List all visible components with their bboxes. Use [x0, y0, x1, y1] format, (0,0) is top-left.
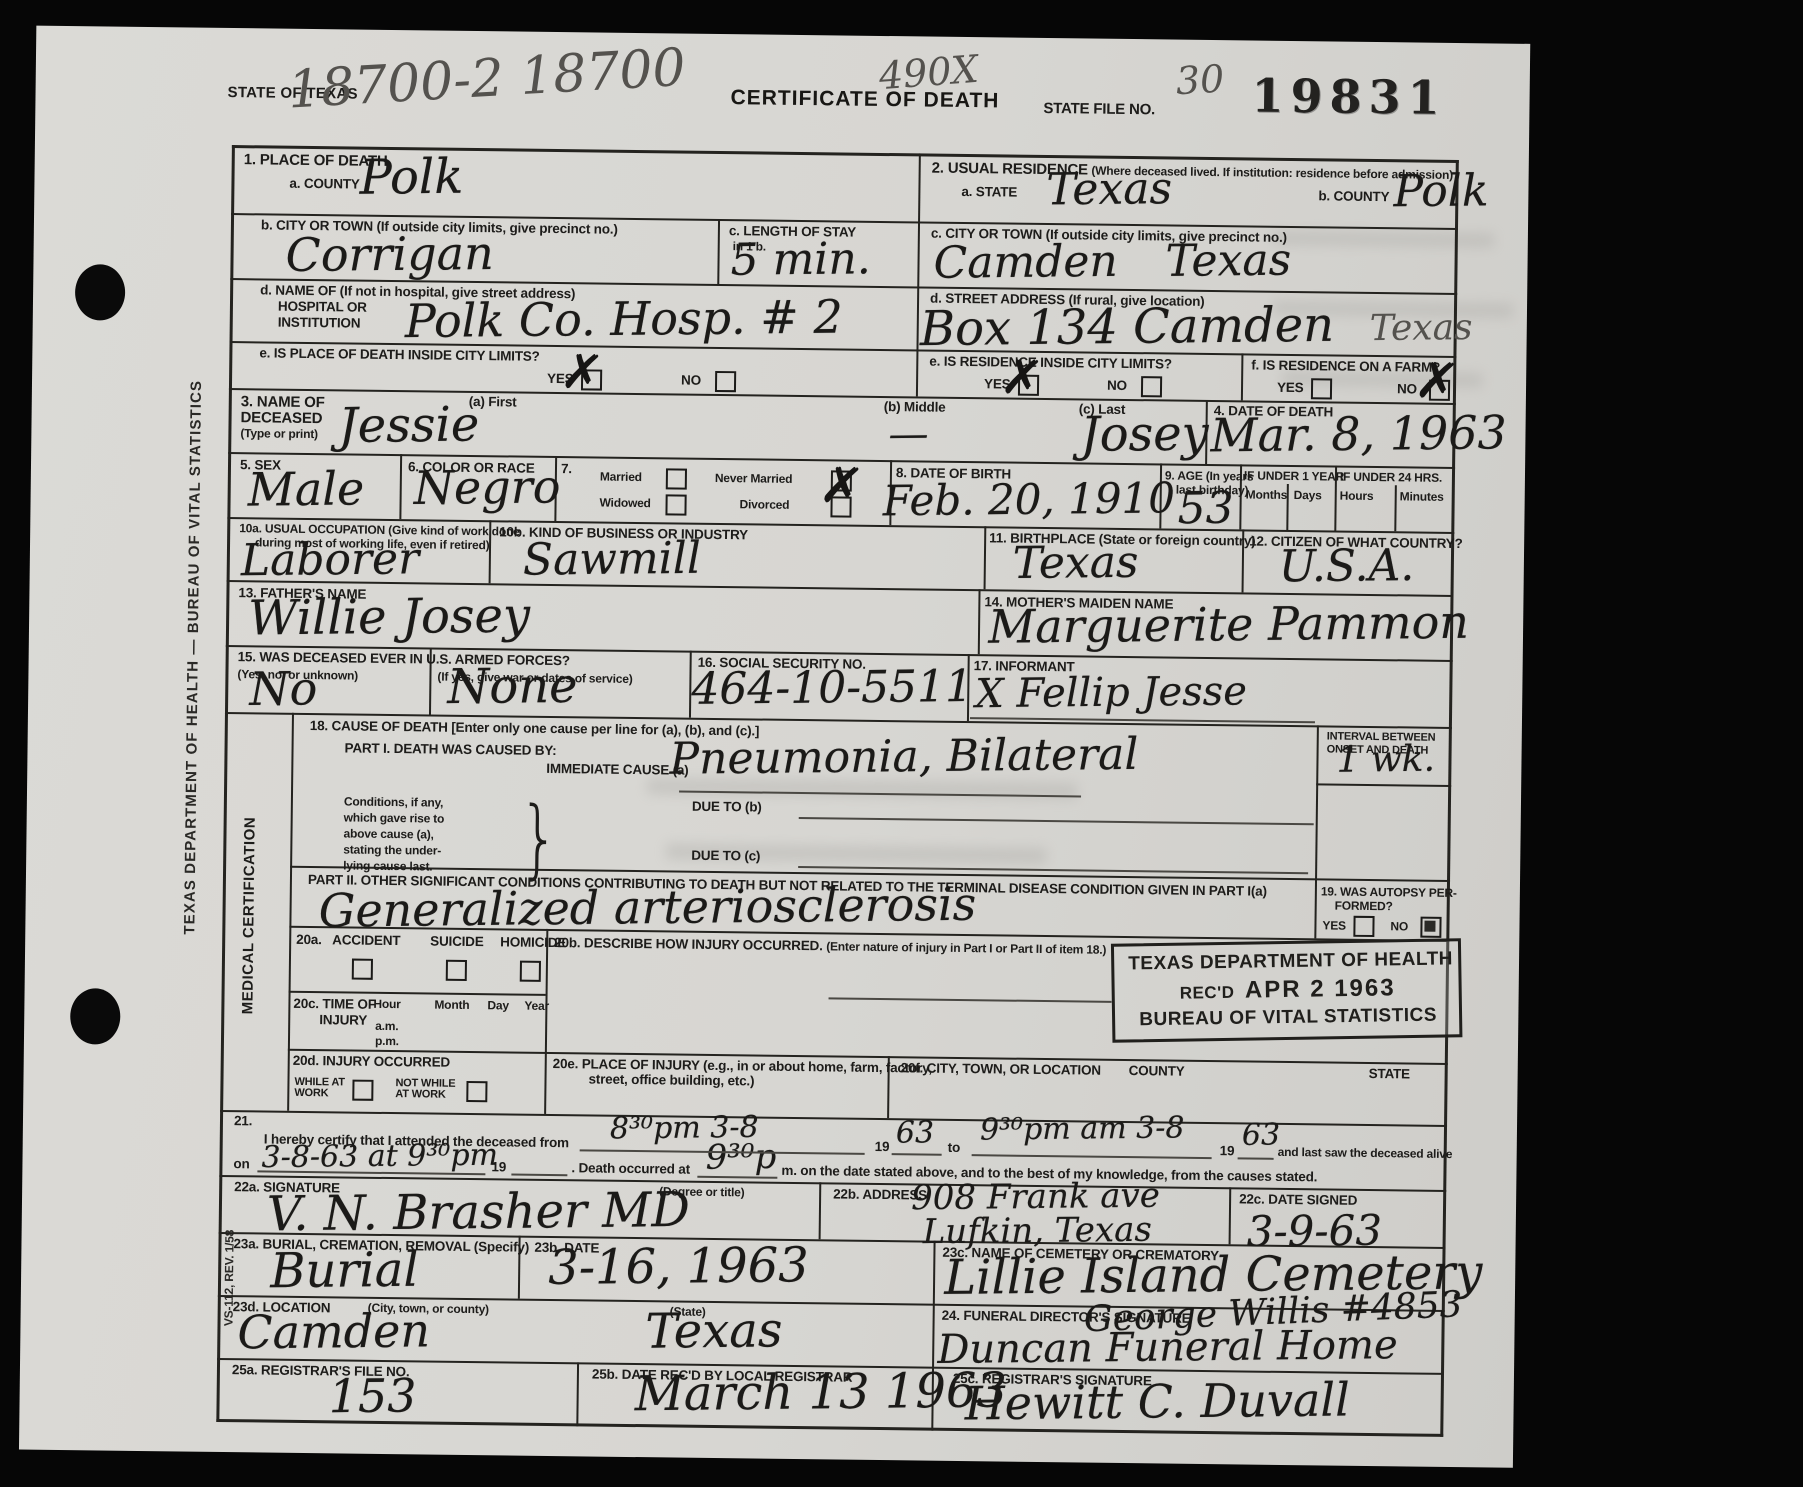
- while-at-work-label-2: WORK: [294, 1087, 328, 1099]
- informant-value: X Fellip Jesse: [975, 668, 1247, 717]
- if-under-24-hrs-label: IF UNDER 24 HRS.: [1340, 470, 1442, 485]
- conditions-line-1: Conditions, if any,: [344, 794, 443, 809]
- divorced-checkbox: [830, 496, 851, 517]
- part2-value: Generalized arteriosclerosis: [318, 877, 976, 938]
- residence-county-value: Polk: [1393, 165, 1489, 217]
- left-margin-vertical-text: TEXAS DEPARTMENT OF HEALTH — BUREAU OF V…: [179, 178, 208, 1138]
- first-name-value: Jessie: [338, 396, 479, 453]
- age-value: 53: [1177, 483, 1234, 535]
- burial-state-value: Texas: [645, 1302, 783, 1359]
- registrar-signature-value: Hewitt C. Duvall: [964, 1372, 1350, 1430]
- year-label: Year: [524, 999, 549, 1013]
- days-label: Days: [1294, 488, 1322, 502]
- farm-no-xmark: ✗: [1412, 353, 1461, 410]
- married-checkbox: [666, 468, 687, 489]
- certify-hw-lastseen: 3-8-63 at 9³⁰pm: [261, 1138, 498, 1175]
- certify-hw-death-time: 9³⁰p: [705, 1137, 776, 1178]
- certify-text-19b: 19: [1220, 1143, 1235, 1158]
- county-label: a. COUNTY: [289, 176, 359, 192]
- residence-limits-yes-xmark: ✗: [998, 350, 1045, 405]
- accident-checkbox: [352, 959, 373, 980]
- death-limits-no-label: NO: [681, 373, 701, 388]
- hours-label: Hours: [1340, 489, 1374, 503]
- armed-forces-service-value: None: [447, 658, 578, 715]
- suicide-checkbox: [446, 960, 467, 981]
- injury-20d-label: 20d. INJURY OCCURRED: [293, 1053, 450, 1070]
- farm-yes-label: YES: [1277, 380, 1304, 395]
- birthplace-value: Texas: [1013, 537, 1139, 589]
- ssn-value: 464-10-5511: [691, 661, 973, 715]
- registrar-file-value: 153: [328, 1368, 416, 1423]
- conditions-line-2: which gave rise to: [344, 810, 445, 825]
- farm-yes-checkbox: [1311, 378, 1332, 399]
- mother-name-value: Marguerite Pammon: [988, 595, 1469, 654]
- scanned-death-certificate: { "header": { "state_label": "STATE OF T…: [0, 0, 1803, 1487]
- certificate-form: MEDICAL CERTIFICATION 1. PLACE OF DEATH …: [216, 145, 1459, 1437]
- street-address-state-value: Texas: [1370, 307, 1473, 349]
- part1-label: PART I. DEATH WAS CAUSED BY:: [344, 740, 556, 758]
- pm-label: p.m.: [375, 1034, 399, 1048]
- date-of-death-value: Mar. 8, 1963: [1210, 405, 1507, 462]
- burial-location-value: Camden: [237, 1303, 430, 1359]
- residence-limits-no-label: NO: [1107, 378, 1127, 393]
- hospital-value: Polk Co. Hosp. # 2: [405, 290, 843, 349]
- minutes-label: Minutes: [1400, 489, 1444, 504]
- middle-name-value: —: [888, 411, 928, 457]
- widowed-checkbox: [665, 494, 686, 515]
- pencil-note-490x: 490X: [877, 47, 980, 98]
- name-label-3: (Type or print): [240, 426, 318, 441]
- injury-20e-label-2: street, office building, etc.): [588, 1071, 754, 1088]
- burial-type-value: Burial: [270, 1242, 419, 1300]
- burial-date-value: 3-16, 1963: [548, 1237, 809, 1296]
- name-label-2: DECEASED: [240, 409, 322, 427]
- certify-hw-to-time: 9³⁰pm am 3-8: [980, 1110, 1185, 1147]
- conditions-line-5: lying cause last.: [343, 858, 432, 873]
- county-column-label: COUNTY: [1129, 1063, 1185, 1079]
- months-label: Months: [1246, 487, 1288, 502]
- residence-county-label: b. COUNTY: [1318, 188, 1389, 204]
- residence-city-value: Camden: [933, 236, 1118, 289]
- stamped-certificate-number: 19831: [1251, 68, 1447, 124]
- certify-hw-year-a: 63: [896, 1115, 935, 1150]
- hour-label: Hour: [373, 997, 400, 1011]
- interval-value: 1 wk.: [1336, 739, 1435, 781]
- state-column-label: STATE: [1369, 1066, 1410, 1082]
- autopsy-yes-checkbox: [1353, 916, 1374, 937]
- injury-20b-label: 20b. DESCRIBE HOW INJURY OCCURRED. (Ente…: [554, 935, 1106, 957]
- residence-farm-label: f. IS RESIDENCE ON A FARM?: [1251, 358, 1440, 375]
- not-while-label-2: AT WORK: [395, 1088, 445, 1101]
- never-married-label: Never Married: [715, 471, 793, 486]
- residence-state-value: Texas: [1046, 163, 1172, 215]
- injury-20c-label-2: INJURY: [319, 1012, 367, 1028]
- street-address-value: Box 134 Camden: [919, 297, 1334, 357]
- certify-text-19c: 19: [491, 1159, 506, 1174]
- accident-label: ACCIDENT: [332, 932, 400, 948]
- punch-hole-top: [75, 264, 126, 321]
- immediate-cause-label: IMMEDIATE CAUSE (a): [546, 761, 688, 778]
- registrar-date-value: March 13 1963: [634, 1362, 1007, 1422]
- autopsy-label-2: FORMED?: [1335, 899, 1393, 914]
- race-value: Negro: [413, 459, 560, 515]
- death-limits-yes-xmark: ✗: [558, 345, 605, 400]
- autopsy-no-checkbox: [1420, 917, 1441, 938]
- armed-forces-value: No: [249, 661, 318, 716]
- punch-hole-bottom: [70, 988, 121, 1045]
- autopsy-no-label: NO: [1390, 919, 1408, 933]
- conditions-line-3: above cause (a),: [343, 826, 433, 841]
- state-file-no-label: STATE FILE NO.: [1043, 100, 1155, 118]
- suicide-label: SUICIDE: [430, 934, 484, 950]
- residence-city-state-value: Texas: [1165, 235, 1291, 287]
- stamp-line-1: TEXAS DEPARTMENT OF HEALTH: [1128, 948, 1446, 975]
- residence-limits-no-checkbox: [1141, 376, 1162, 397]
- month-label: Month: [434, 998, 469, 1012]
- county-value: Polk: [359, 149, 463, 206]
- sex-value: Male: [247, 461, 364, 516]
- homicide-checkbox: [520, 961, 541, 982]
- residence-city-limits-label: e. IS RESIDENCE INSIDE CITY LIMITS?: [929, 354, 1172, 372]
- stamp-line-3: BUREAU OF VITAL STATISTICS: [1129, 1004, 1447, 1031]
- due-to-b-label: DUE TO (b): [692, 799, 762, 815]
- widowed-label: Widowed: [599, 496, 650, 511]
- stamp-line-2: REC'D APR 2 1963: [1128, 973, 1446, 1006]
- length-of-stay-value: 5 min.: [730, 233, 871, 285]
- certify-text-death-occurred: . Death occurred at: [571, 1160, 690, 1176]
- married-label: Married: [600, 470, 642, 485]
- certify-number-label: 21.: [234, 1113, 252, 1128]
- if-under-1-year-label: IF UNDER 1 YEAR: [1244, 468, 1344, 483]
- city-town-value: Corrigan: [285, 226, 494, 282]
- occupation-value: Laborer: [241, 533, 420, 586]
- due-to-c-label: DUE TO (c): [691, 848, 760, 864]
- usual-residence-title: 2. USUAL RESIDENCE (Where deceased lived…: [932, 160, 1453, 183]
- hospital-label-3: INSTITUTION: [278, 315, 361, 331]
- marital-label: 7.: [561, 461, 572, 476]
- physician-signature: V. N. Brasher MD: [267, 1182, 690, 1242]
- death-limits-no-checkbox: [715, 371, 736, 392]
- injury-20f-label: 20f. CITY, TOWN, OR LOCATION: [901, 1060, 1101, 1077]
- not-while-checkbox: [466, 1081, 487, 1102]
- age-label-1: 9. AGE (In years: [1165, 468, 1254, 483]
- certificate-paper: TEXAS DEPARTMENT OF HEALTH — BUREAU OF V…: [19, 26, 1530, 1468]
- death-city-limits-label: e. IS PLACE OF DEATH INSIDE CITY LIMITS?: [259, 345, 539, 363]
- am-label: a.m.: [375, 1019, 398, 1033]
- autopsy-yes-label: YES: [1322, 918, 1346, 932]
- pencil-note-30: 30: [1175, 57, 1226, 104]
- certify-text-19a: 19: [875, 1139, 890, 1154]
- immediate-cause-value: Pneumonia, Bilateral: [669, 729, 1138, 785]
- last-name-value: Josey: [1080, 406, 1209, 463]
- residence-state-label: a. STATE: [961, 184, 1017, 200]
- injury-20c-label-1: 20c. TIME OF: [293, 996, 376, 1012]
- industry-value: Sawmill: [523, 533, 702, 586]
- date-of-birth-value: Feb. 20, 1910: [882, 473, 1175, 525]
- certify-hw-year-b: 63: [1242, 1117, 1281, 1152]
- certify-text-alive: and last saw the deceased alive: [1278, 1145, 1453, 1161]
- conditions-line-4: stating the under-: [343, 842, 441, 857]
- received-stamp: TEXAS DEPARTMENT OF HEALTH REC'D APR 2 1…: [1111, 938, 1463, 1042]
- hospital-label-2: HOSPITAL OR: [278, 299, 367, 315]
- divorced-label: Divorced: [739, 497, 789, 512]
- while-at-work-checkbox: [352, 1080, 373, 1101]
- citizen-value: U.S.A.: [1279, 540, 1415, 592]
- father-name-value: Willie Josey: [248, 588, 530, 647]
- injury-20a-label: 20a.: [296, 932, 322, 947]
- certify-text-to: to: [948, 1140, 961, 1155]
- pencil-file-numbers: 18700-2 18700: [286, 38, 687, 121]
- certify-text-on: on: [233, 1156, 249, 1171]
- medical-certification-vertical-label: MEDICAL CERTIFICATION: [238, 735, 259, 1095]
- day-label: Day: [487, 998, 509, 1012]
